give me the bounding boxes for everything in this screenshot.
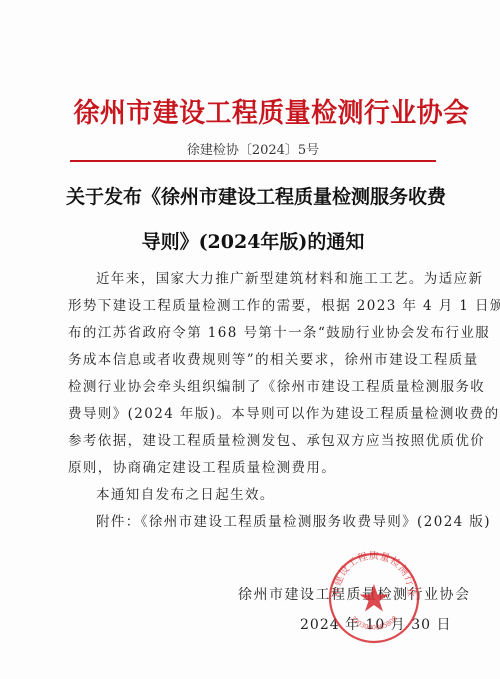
notice-title-line-2: 导则》(2024年版)的通知	[66, 227, 440, 254]
signature-date: 2024 年 10 月 30 日	[300, 614, 452, 634]
document-number: 徐建检协〔2024〕5号	[66, 139, 440, 158]
body-paragraph-line: 布的江苏省政府令第 168 号第十一条“鼓励行业协会发布行业服	[68, 321, 438, 341]
effective-statement: 本通知自发布之日起生效。	[68, 483, 438, 503]
signature-organization: 徐州市建设工程质量检测行业协会	[238, 584, 471, 604]
red-divider	[70, 160, 436, 162]
attachment-line[interactable]: 附件：《徐州市建设工程质量检测服务收费导则》(2024 版)	[68, 510, 438, 530]
body-paragraph-line: 检测行业协会牵头组织编制了《徐州市建设工程质量检测服务收	[68, 375, 438, 395]
notice-title-line-1: 关于发布《徐州市建设工程质量检测服务收费	[66, 182, 440, 209]
body-paragraph-line: 原则，协商确定建设工程质量检测费用。	[68, 456, 438, 476]
body-paragraph-line: 务成本信息或者收费规则等”的相关要求，徐州市建设工程质量	[68, 348, 438, 368]
body-paragraph-line: 形势下建设工程质量检测工作的需要，根据 2023 年 4 月 1 日颁	[68, 294, 438, 314]
document-page: 徐州市建设工程质量检测行业协会 徐建检协〔2024〕5号 关于发布《徐州市建设工…	[0, 0, 500, 679]
organization-header: 徐州市建设工程质量检测行业协会	[73, 91, 432, 130]
body-paragraph-line: 费导则》(2024 年版)。本导则可以作为建设工程质量检测收费的	[68, 402, 438, 422]
body-paragraph-line: 参考依据，建设工程质量检测发包、承包双方应当按照优质优价	[68, 429, 438, 449]
body-paragraph-line: 近年来，国家大力推广新型建筑材料和施工工艺。为适应新	[68, 267, 438, 287]
